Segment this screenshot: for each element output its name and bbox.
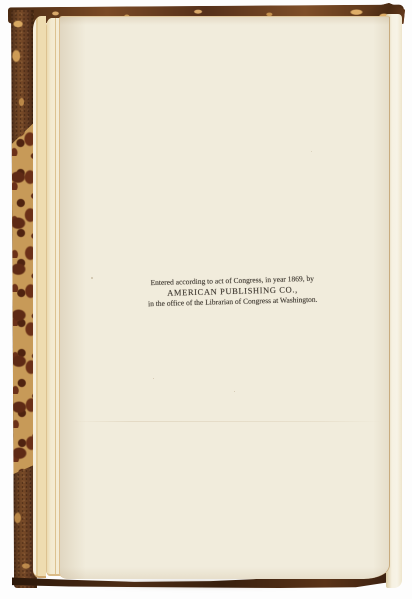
copyright-page: Entered according to act of Congress, in… bbox=[59, 16, 390, 579]
copyright-notice: Entered according to act of Congress, in… bbox=[113, 272, 353, 310]
book-photo: Entered according to act of Congress, in… bbox=[0, 0, 412, 599]
paper-speck bbox=[234, 391, 235, 392]
page-edge-leaf-2 bbox=[46, 18, 60, 576]
paper-speck bbox=[311, 151, 312, 152]
paper-speck bbox=[91, 277, 93, 279]
page-edge-leaf-1 bbox=[33, 16, 46, 578]
paper-speck bbox=[153, 378, 154, 379]
paper-crease bbox=[70, 421, 383, 422]
